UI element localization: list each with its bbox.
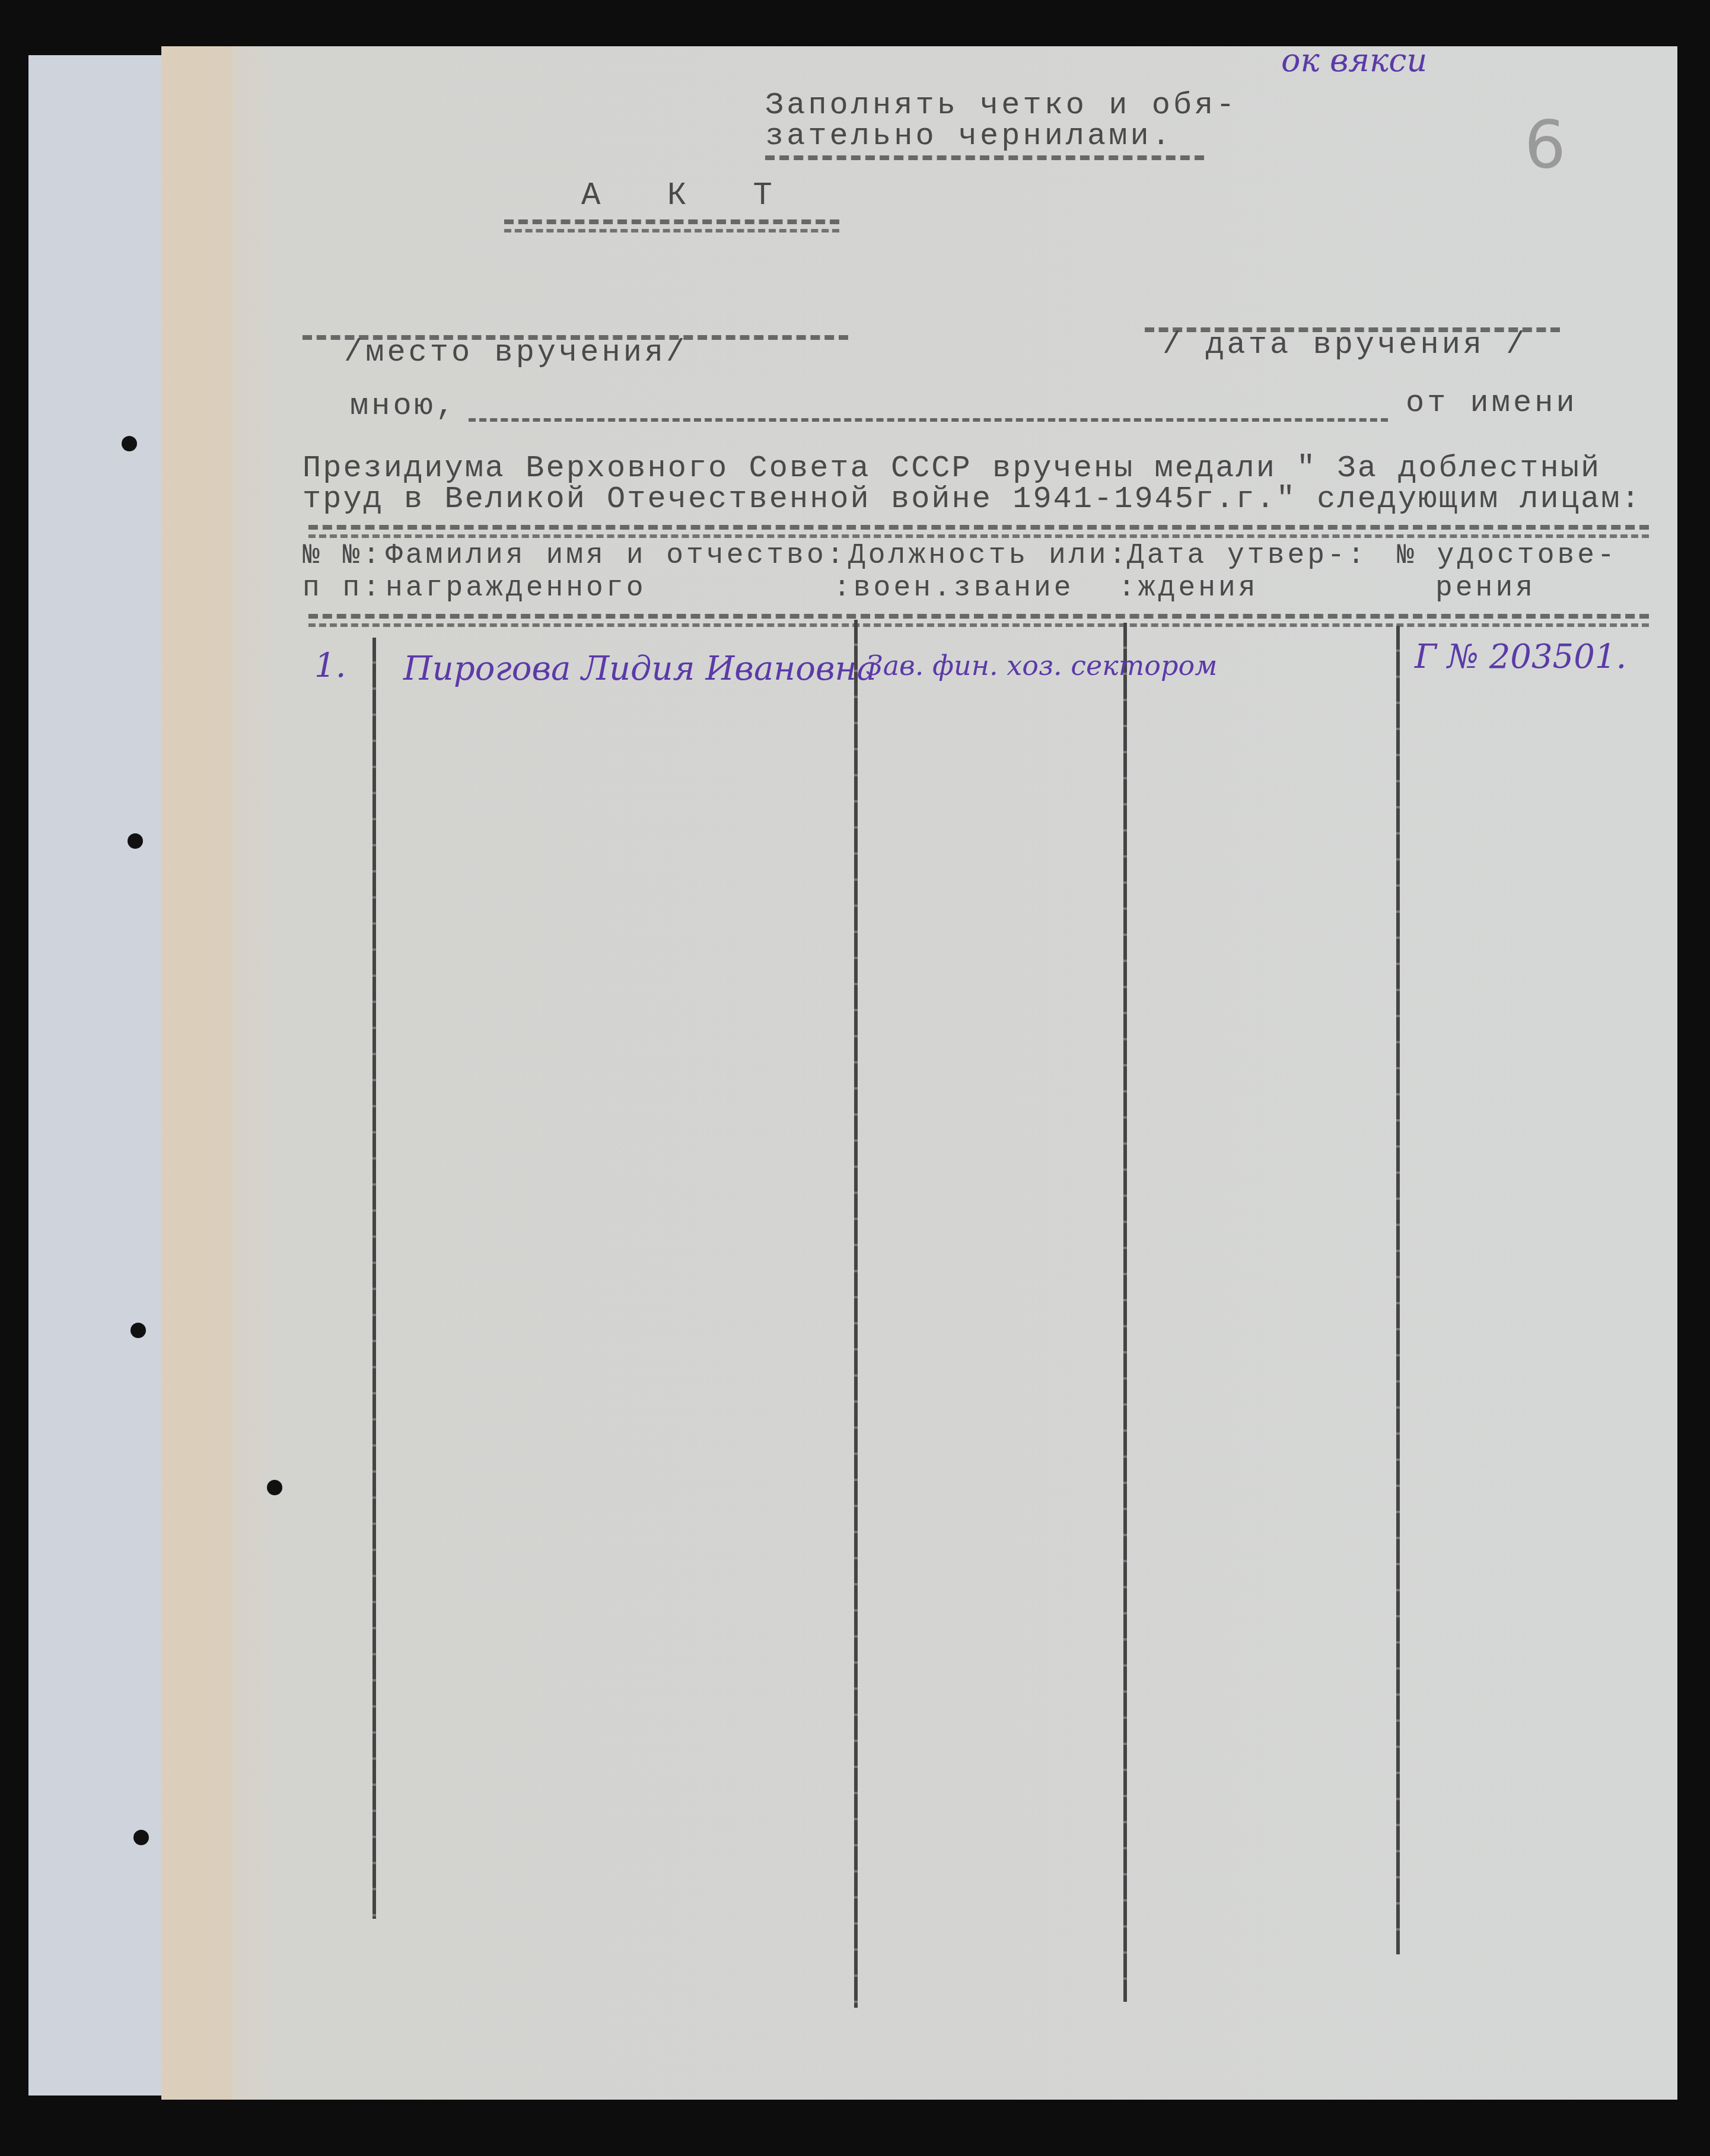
table-header-rule (308, 614, 1649, 627)
instruction-line-2: зательно чернилами. (765, 119, 1173, 154)
binder-hole-icon (267, 1480, 282, 1495)
page-number: 6 (1524, 107, 1566, 183)
date-label: / дата вручения / (1163, 327, 1528, 362)
by-me-label: мною, (350, 388, 457, 423)
column-divider (1123, 623, 1127, 2002)
binder-hole-icon (122, 436, 137, 451)
row-number: 1. (314, 647, 346, 685)
column-divider (372, 638, 376, 1919)
header-approval-date: Дата утвер-: (1127, 540, 1368, 572)
paper-edge-tint (161, 46, 233, 2100)
header-full-name: Фамилия имя и отчество: (386, 540, 847, 572)
header-certificate: № удостове- (1397, 540, 1617, 572)
title-underline (504, 219, 839, 233)
binder-hole-icon (133, 1830, 149, 1845)
header-approval-date-2: :ждения (1118, 572, 1259, 604)
header-position-2: :воен.звание (833, 572, 1074, 604)
header-full-name-2: награжденного (386, 572, 646, 604)
body-line-2: труд в Великой Отечественной войне 1941-… (302, 482, 1642, 517)
header-position: Должность или: (848, 540, 1129, 572)
instruction-line-1: Заполнять четко и обя- (765, 88, 1238, 123)
header-certificate-2: рения (1435, 572, 1536, 604)
place-label: /место вручения/ (344, 335, 687, 370)
handwritten-note: ок вякси (1281, 42, 1427, 79)
instruction-underline (765, 155, 1204, 160)
document-title: А К Т (581, 178, 796, 214)
column-divider (1396, 626, 1400, 1954)
column-divider (854, 620, 858, 2008)
table-top-rule (308, 525, 1649, 538)
presenter-blank-line (469, 418, 1388, 422)
header-number: № №: (302, 540, 383, 572)
on-behalf-label: от имени (1406, 386, 1578, 421)
row-full-name: Пирогова Лидия Ивановна (403, 649, 877, 688)
row-position: Зав. фин. хоз. сектором (866, 649, 1217, 681)
header-number-2: п п: (302, 572, 383, 604)
binder-hole-icon (130, 1323, 146, 1338)
binder-hole-icon (128, 833, 143, 849)
row-certificate: Г № 203501. (1415, 638, 1626, 676)
body-line-1: Президиума Верховного Совета СССР вручен… (302, 451, 1601, 486)
